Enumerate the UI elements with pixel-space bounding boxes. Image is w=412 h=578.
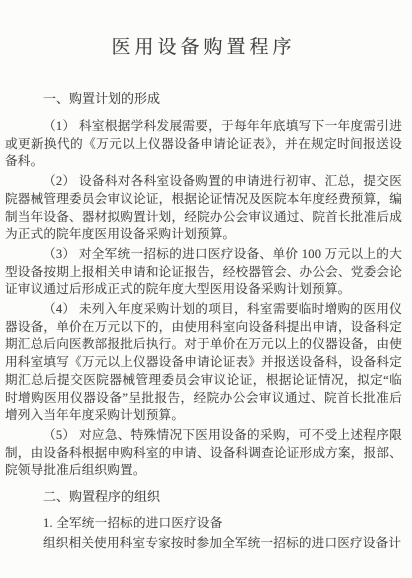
paragraph-2: （2） 设备科对各科室设备购置的申请进行初审、汇总，提交医院器械管理委员会审议论… [5,173,402,244]
section-2-heading: 二、购置程序的组织 [5,488,402,506]
section-2-subheading: 1. 全军统一招标的进口医疗设备 [5,515,402,533]
document-title: 医用设备购置程序 [5,34,402,61]
paragraph-3: （3） 对全军统一招标的进口医疗设备、单价 100 万元以上的大型设备按期上报相… [5,246,402,299]
paragraph-1: （1） 科室根据学科发展需要，于每年年底填写下一年度需引进或更新换代的《万元以上… [5,118,402,171]
paragraph-5: （5） 对应急、特殊情况下医用设备的采购，可不受上述程序限制，由设备科根据申购科… [5,427,402,480]
section-1-heading: 一、购置计划的形成 [5,90,402,108]
document-page: 医用设备购置程序 一、购置计划的形成 （1） 科室根据学科发展需要，于每年年底填… [0,0,412,578]
paragraph-4: （4） 未列入年度采购计划的项目，科室需要临时增购的医用仪器设备，单价在万元以下… [5,301,402,425]
paragraph-6: 组织相关使用科室专家按时参加全军统一招标的进口医疗设备计 [5,535,402,553]
